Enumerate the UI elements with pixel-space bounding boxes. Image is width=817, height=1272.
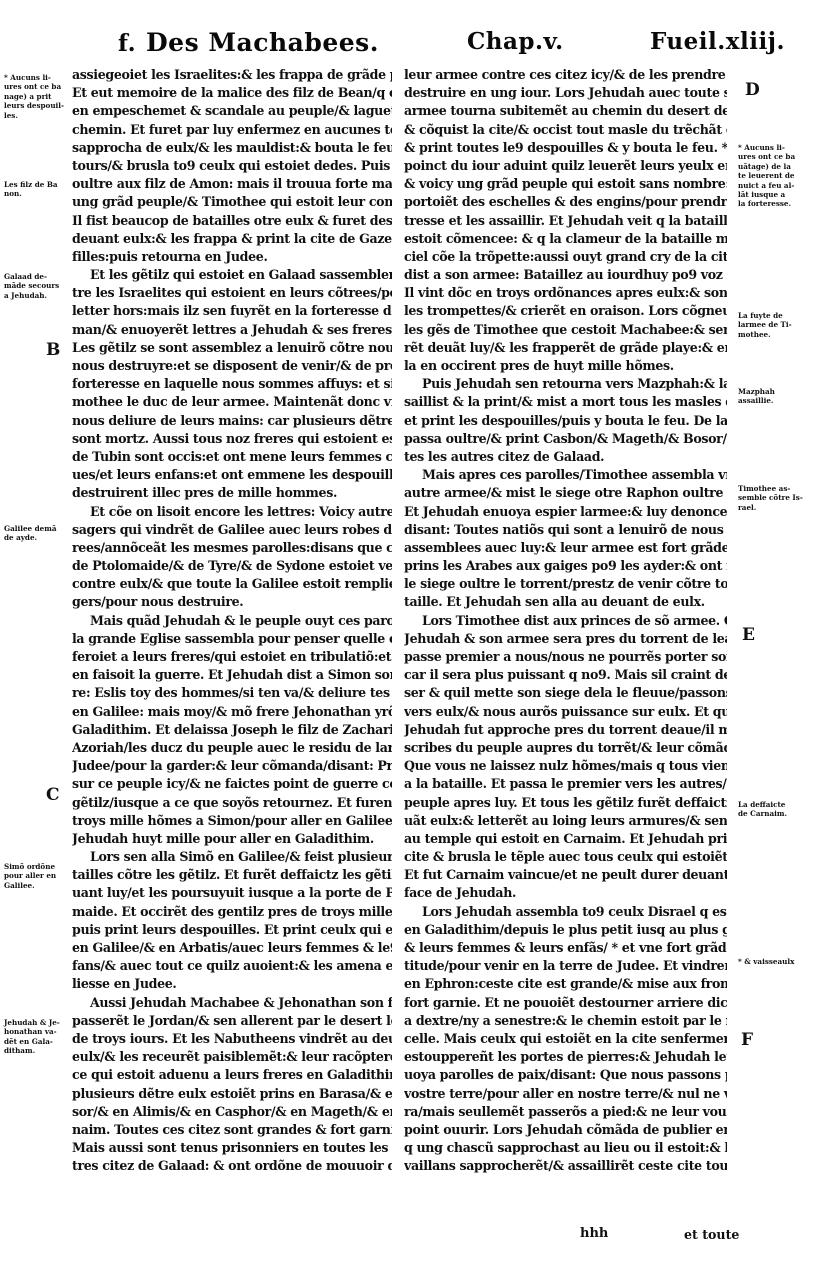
- text-line: forteresse en laquelle nous sommes affuy…: [72, 375, 392, 393]
- text-line: nous destruyre:et se disposent de venir/…: [72, 357, 392, 375]
- text-line: taille. Et Jehudah sen alla au deuant de…: [404, 593, 727, 611]
- text-line: sor/& en Alimis/& en Casphor/& en Mageth…: [72, 1103, 392, 1121]
- text-line: vers eulx/& nous aurõs puissance sur eul…: [404, 703, 727, 721]
- text-line: ra/mais seullemẽt passerõs a pied:& ne l…: [404, 1103, 727, 1121]
- margin-note-line: Galaad de-: [4, 272, 66, 281]
- text-line: Et Jehudah enuoya espier larmee:& luy de…: [404, 503, 727, 521]
- text-line: Mais quãd Jehudah & le peuple ouyt ces p…: [72, 612, 392, 630]
- margin-note-line: Galilee.: [4, 881, 66, 890]
- text-line: re: Eslis toy des hommes/si ten va/& del…: [72, 684, 392, 702]
- margin-note-line: ditham.: [4, 1046, 66, 1055]
- text-line: passe premier a nous/nous ne pourrẽs por…: [404, 648, 727, 666]
- text-line: la grande Eglise sassembla pour penser q…: [72, 630, 392, 648]
- chapter-title: Chap.v.: [467, 28, 564, 55]
- margin-note-line: rael.: [738, 503, 800, 512]
- text-line: Il fist beaucop de batailles otre eulx &…: [72, 212, 392, 230]
- text-line: le siege oultre le torrent/prestz de ven…: [404, 575, 727, 593]
- margin-note-line: larmee de Ti-: [738, 320, 800, 329]
- text-line: ues/et leurs enfans:et ont emmene les de…: [72, 466, 392, 484]
- running-header: f. Des Machabees. Chap.v. Fueil.xliij.: [0, 28, 817, 62]
- text-line: de Tubin sont occis:et ont mene leurs fe…: [72, 448, 392, 466]
- margin-note-line: Galilee demã: [4, 524, 66, 533]
- text-line: Judee/pour la garder:& leur cõmanda/disa…: [72, 757, 392, 775]
- text-line: au temple qui estoit en Carnaim. Et Jehu…: [404, 830, 727, 848]
- text-line: fans/& auec tout ce quilz auoient:& les …: [72, 957, 392, 975]
- text-line: point ouurir. Lors Jehudah cõmãda de pub…: [404, 1121, 727, 1139]
- text-line: tes les autres citez de Galaad.: [404, 448, 727, 466]
- text-line: Azoriah/les ducz du peuple auec le resid…: [72, 739, 392, 757]
- margin-note-line: Timothee as-: [738, 484, 800, 493]
- text-line: naim. Toutes ces citez sont grandes & fo…: [72, 1121, 392, 1139]
- margin-note-line: la forteresse.: [738, 199, 800, 208]
- text-line: tours/& brusla to9 ceulx qui estoiet ded…: [72, 157, 392, 175]
- text-line: Lors Jehudah assembla to9 ceulx Disrael …: [404, 903, 727, 921]
- text-line: celle. Mais ceulx qui estoiẽt en la cite…: [404, 1030, 727, 1048]
- text-line: les trompettes/& crierẽt en oraison. Lor…: [404, 302, 727, 320]
- text-line: cite & brusla le tẽple auec tous ceulx q…: [404, 848, 727, 866]
- text-line: Il vint dõc en troys ordõnances apres eu…: [404, 284, 727, 302]
- text-line: filles:puis retourna en Judee.: [72, 248, 392, 266]
- section-letter: C: [46, 785, 60, 805]
- margin-note: Mazphahassaillie.: [738, 387, 800, 406]
- text-line: & voicy ung grãd peuple qui estoit sans …: [404, 175, 727, 193]
- margin-note-line: Les filz de Ba: [4, 180, 66, 189]
- margin-note-line: semble cõtre Is-: [738, 493, 800, 502]
- margin-note-line: mothee.: [738, 330, 800, 339]
- text-line: en faisoit la guerre. Et Jehudah dist a …: [72, 666, 392, 684]
- text-line: de troys iours. Et les Nabutheens vindrẽ…: [72, 1030, 392, 1048]
- text-line: et print les despouilles/puis y bouta le…: [404, 412, 727, 430]
- margin-note: Les filz de Banon.: [4, 180, 66, 199]
- text-line: autre armee/& mist le siege otre Raphon …: [404, 484, 727, 502]
- text-line: vaillans sapprocherẽt/& assaillirẽt cest…: [404, 1157, 727, 1175]
- text-line: Puis Jehudah sen retourna vers Mazphah:&…: [404, 375, 727, 393]
- text-line: sagers qui vindrẽt de Galilee auec leurs…: [72, 521, 392, 539]
- margin-note-line: dẽt en Gala-: [4, 1037, 66, 1046]
- margin-note-line: de Carnaim.: [738, 809, 800, 818]
- margin-note-line: * & vaisseaulx: [738, 957, 800, 966]
- margin-note-line: nage) a prit: [4, 92, 66, 101]
- text-line: rees/annõceãt les mesmes parolles:disans…: [72, 539, 392, 557]
- text-line: oultre aux filz de Amon: mais il trouua …: [72, 175, 392, 193]
- margin-note: * Aucuns li-ures ont ce banage) a pritle…: [4, 73, 66, 120]
- margin-note-line: uãtage) de la: [738, 162, 800, 171]
- margin-note: * & vaisseaulx: [738, 957, 800, 966]
- text-line: Mais aussi sont tenus prisonniers en tou…: [72, 1139, 392, 1157]
- text-line: ce qui estoit aduenu a leurs freres en G…: [72, 1066, 392, 1084]
- text-line: ser & quil mette son siege dela le fleuu…: [404, 684, 727, 702]
- margin-note: La deffaictede Carnaim.: [738, 800, 800, 819]
- text-line: & cõquist la cite/& occist tout masle du…: [404, 121, 727, 139]
- text-line: en Ephron:ceste cite est grande/& mise a…: [404, 975, 727, 993]
- text-line: assemblees auec luy:& leur armee est for…: [404, 539, 727, 557]
- margin-note-line: non.: [4, 189, 66, 198]
- text-line: uãt eulx:& letterẽt au loing leurs armur…: [404, 812, 727, 830]
- margin-note: Galaad de-mãde secoursa Jehudah.: [4, 272, 66, 300]
- margin-note: Timothee as-semble cõtre Is-rael.: [738, 484, 800, 512]
- margin-note-line: lãt iusque a: [738, 190, 800, 199]
- text-column-right: leur armee contre ces citez icy/& de les…: [404, 66, 727, 1175]
- text-line: Et eut memoire de la malice des filz de …: [72, 84, 392, 102]
- text-line: en Galilee/& en Arbatis/auec leurs femme…: [72, 939, 392, 957]
- text-line: Lors Timothee dist aux princes de sõ arm…: [404, 612, 727, 630]
- margin-note-line: nuict a feu al-: [738, 181, 800, 190]
- margin-note-line: ures ont ce ba: [4, 82, 66, 91]
- text-line: estouppereñt les portes de pierres:& Jeh…: [404, 1048, 727, 1066]
- text-line: gers/pour nous destruire.: [72, 593, 392, 611]
- margin-note: Jehudah & Je-honathan va-dẽt en Gala-dit…: [4, 1018, 66, 1056]
- text-line: scribes du peuple aupres du torrẽt/& leu…: [404, 739, 727, 757]
- text-line: saillist & la print/& mist a mort tous l…: [404, 393, 727, 411]
- text-line: Et les gẽtilz qui estoiet en Galaad sass…: [72, 266, 392, 284]
- margin-note: Galilee demãde ayde.: [4, 524, 66, 543]
- text-line: Aussi Jehudah Machabee & Jehonathan son …: [72, 994, 392, 1012]
- margin-note-line: honathan va-: [4, 1027, 66, 1036]
- text-line: Mais apres ces parolles/Timothee assembl…: [404, 466, 727, 484]
- text-line: tresse et les assaillir. Et Jehudah veit…: [404, 212, 727, 230]
- text-line: en Galadithim/depuis le plus petit iusq …: [404, 921, 727, 939]
- text-line: la en occirent pres de huyt mille hõmes.: [404, 357, 727, 375]
- text-line: chemin. Et furet par luy enfermez en auc…: [72, 121, 392, 139]
- text-line: deuant eulx:& les frappa & print la cite…: [72, 230, 392, 248]
- text-line: prins les Arabes aux gaiges po9 les ayde…: [404, 557, 727, 575]
- text-line: portoiẽt des eschelles & des engins/pour…: [404, 193, 727, 211]
- text-line: armee tourna subitemẽt au chemin du dese…: [404, 102, 727, 120]
- text-line: puis print leurs despouilles. Et print c…: [72, 921, 392, 939]
- text-line: face de Jehudah.: [404, 884, 727, 902]
- text-line: nous deliure de leurs mains: car plusieu…: [72, 412, 392, 430]
- margin-note-line: La deffaicte: [738, 800, 800, 809]
- margin-note-line: Mazphah: [738, 387, 800, 396]
- text-line: liesse en Judee.: [72, 975, 392, 993]
- section-letter: D: [745, 80, 760, 100]
- leaf-number: Fueil.xliij.: [650, 28, 785, 55]
- text-line: Galadithim. Et delaissa Joseph le filz d…: [72, 721, 392, 739]
- margin-note-line: mãde secours: [4, 281, 66, 290]
- text-line: disant: Toutes natiõs qui sont a lenuirõ…: [404, 521, 727, 539]
- margin-note: Simõ ordõnepour aller enGalilee.: [4, 862, 66, 890]
- text-line: Et cõe on lisoit encore les lettres: Voi…: [72, 503, 392, 521]
- text-line: tre les Israelites qui estoient en leurs…: [72, 284, 392, 302]
- margin-note-line: les.: [4, 111, 66, 120]
- text-line: assiegeoiet les Israelites:& les frappa …: [72, 66, 392, 84]
- folio-mark: f.: [118, 30, 136, 57]
- text-line: sont mortz. Aussi tous noz freres qui es…: [72, 430, 392, 448]
- margin-note-line: assaillie.: [738, 396, 800, 405]
- text-line: titude/pour venir en la terre de Judee. …: [404, 957, 727, 975]
- text-line: dist a son armee: Bataillez au iourdhuy …: [404, 266, 727, 284]
- text-line: eulx/& les receurẽt paisiblemẽt:& leur r…: [72, 1048, 392, 1066]
- text-line: Jehudah & son armee sera pres du torrent…: [404, 630, 727, 648]
- text-line: de Ptolomaide/& de Tyre/& de Sydone esto…: [72, 557, 392, 575]
- text-line: tailles cõtre les gẽtilz. Et furẽt deffa…: [72, 866, 392, 884]
- text-line: rẽt deuãt luy/& les frapperẽt de grãde p…: [404, 339, 727, 357]
- text-line: en empeschemet & scandale au peuple/& la…: [72, 102, 392, 120]
- text-line: vostre terre/pour aller en nostre terre/…: [404, 1085, 727, 1103]
- book-title: Des Machabees.: [146, 28, 379, 57]
- text-line: contre eulx/& que toute la Galilee estoi…: [72, 575, 392, 593]
- section-letter: B: [46, 340, 60, 360]
- section-letter: F: [741, 1030, 753, 1050]
- text-line: destruirent illec pres de mille hommes.: [72, 484, 392, 502]
- text-line: les gẽs de Timothee que cestoit Machabee…: [404, 321, 727, 339]
- text-line: en Galilee: mais moy/& mõ frere Jehonath…: [72, 703, 392, 721]
- text-line: ciel cõe la trõpette:aussi ouyt grand cr…: [404, 248, 727, 266]
- text-line: letter hors:mais ilz sen fuyrẽt en la fo…: [72, 302, 392, 320]
- catchword: et toute: [684, 1227, 739, 1242]
- text-line: mothee le duc de leur armee. Maintenãt d…: [72, 393, 392, 411]
- text-line: estoit cõmencee: & q la clameur de la ba…: [404, 230, 727, 248]
- text-line: feroiet a leurs freres/qui estoiet en tr…: [72, 648, 392, 666]
- text-line: Jehudah huyt mille pour aller en Galadit…: [72, 830, 392, 848]
- text-line: Les gẽtilz se sont assemblez a lenuirõ c…: [72, 339, 392, 357]
- text-line: peuple apres luy. Et tous les gẽtilz fur…: [404, 794, 727, 812]
- text-line: & print toutes le9 despouilles & y bouta…: [404, 139, 727, 157]
- margin-note-line: de ayde.: [4, 533, 66, 542]
- text-line: man/& enuoyerẽt lettres a Jehudah & ses …: [72, 321, 392, 339]
- text-line: Jehudah fut approche pres du torrent dea…: [404, 721, 727, 739]
- text-line: troys mille hõmes a Simon/pour aller en …: [72, 812, 392, 830]
- text-line: car il sera plus puissant q no9. Mais si…: [404, 666, 727, 684]
- text-column-left: assiegeoiet les Israelites:& les frappa …: [72, 66, 392, 1175]
- text-line: gẽtilz/iusque a ce que soyõs retournez. …: [72, 794, 392, 812]
- text-line: tres citez de Galaad: & ont ordõne de mo…: [72, 1157, 392, 1175]
- margin-note-line: * Aucuns li-: [738, 143, 800, 152]
- text-line: destruire en ung iour. Lors Jehudah auec…: [404, 84, 727, 102]
- text-line: leur armee contre ces citez icy/& de les…: [404, 66, 727, 84]
- book-page: f. Des Machabees. Chap.v. Fueil.xliij. a…: [0, 0, 817, 1272]
- text-line: poinct du iour aduint quilz leuerẽt leur…: [404, 157, 727, 175]
- text-line: uant luy/et les poursuyuit iusque a la p…: [72, 884, 392, 902]
- text-line: passa oultre/& print Casbon/& Mageth/& B…: [404, 430, 727, 448]
- margin-note-line: Simõ ordõne: [4, 862, 66, 871]
- margin-note-line: * Aucuns li-: [4, 73, 66, 82]
- text-line: maide. Et occirẽt des gentilz pres de tr…: [72, 903, 392, 921]
- margin-note: La fuyte delarmee de Ti-mothee.: [738, 311, 800, 339]
- text-line: fort garnie. Et ne pouoiẽt destourner ar…: [404, 994, 727, 1012]
- text-line: uoya parolles de paix/disant: Que nous p…: [404, 1066, 727, 1084]
- text-line: & leurs femmes & leurs enfãs/ * et vne f…: [404, 939, 727, 957]
- text-line: ung grãd peuple/& Timothee qui estoit le…: [72, 193, 392, 211]
- text-line: Que vous ne laissez nulz hõmes/mais q to…: [404, 757, 727, 775]
- margin-note-line: ures ont ce ba: [738, 152, 800, 161]
- text-line: a dextre/ny a senestre:& le chemin estoi…: [404, 1012, 727, 1030]
- signature-mark: hhh: [580, 1226, 608, 1241]
- text-line: q ung chascũ sapprochast au lieu ou il e…: [404, 1139, 727, 1157]
- text-line: sapprocha de eulx/& les mauldist:& bouta…: [72, 139, 392, 157]
- text-line: Lors sen alla Simõ en Galilee/& feist pl…: [72, 848, 392, 866]
- margin-note-line: Jehudah & Je-: [4, 1018, 66, 1027]
- margin-note: * Aucuns li-ures ont ce bauãtage) de lat…: [738, 143, 800, 209]
- margin-note-line: pour aller en: [4, 871, 66, 880]
- text-line: plusieurs dẽtre eulx estoiẽt prins en Ba…: [72, 1085, 392, 1103]
- text-line: sur ce peuple icy/& ne faictes point de …: [72, 775, 392, 793]
- section-letter: E: [742, 625, 755, 645]
- text-line: a la bataille. Et passa le premier vers …: [404, 775, 727, 793]
- margin-note-line: La fuyte de: [738, 311, 800, 320]
- margin-note-line: leurs despouil-: [4, 101, 66, 110]
- text-line: passerẽt le Jordan/& sen allerent par le…: [72, 1012, 392, 1030]
- margin-note-line: a Jehudah.: [4, 291, 66, 300]
- text-line: Et fut Carnaim vaincue/et ne peult durer…: [404, 866, 727, 884]
- margin-note-line: te leuerent de: [738, 171, 800, 180]
